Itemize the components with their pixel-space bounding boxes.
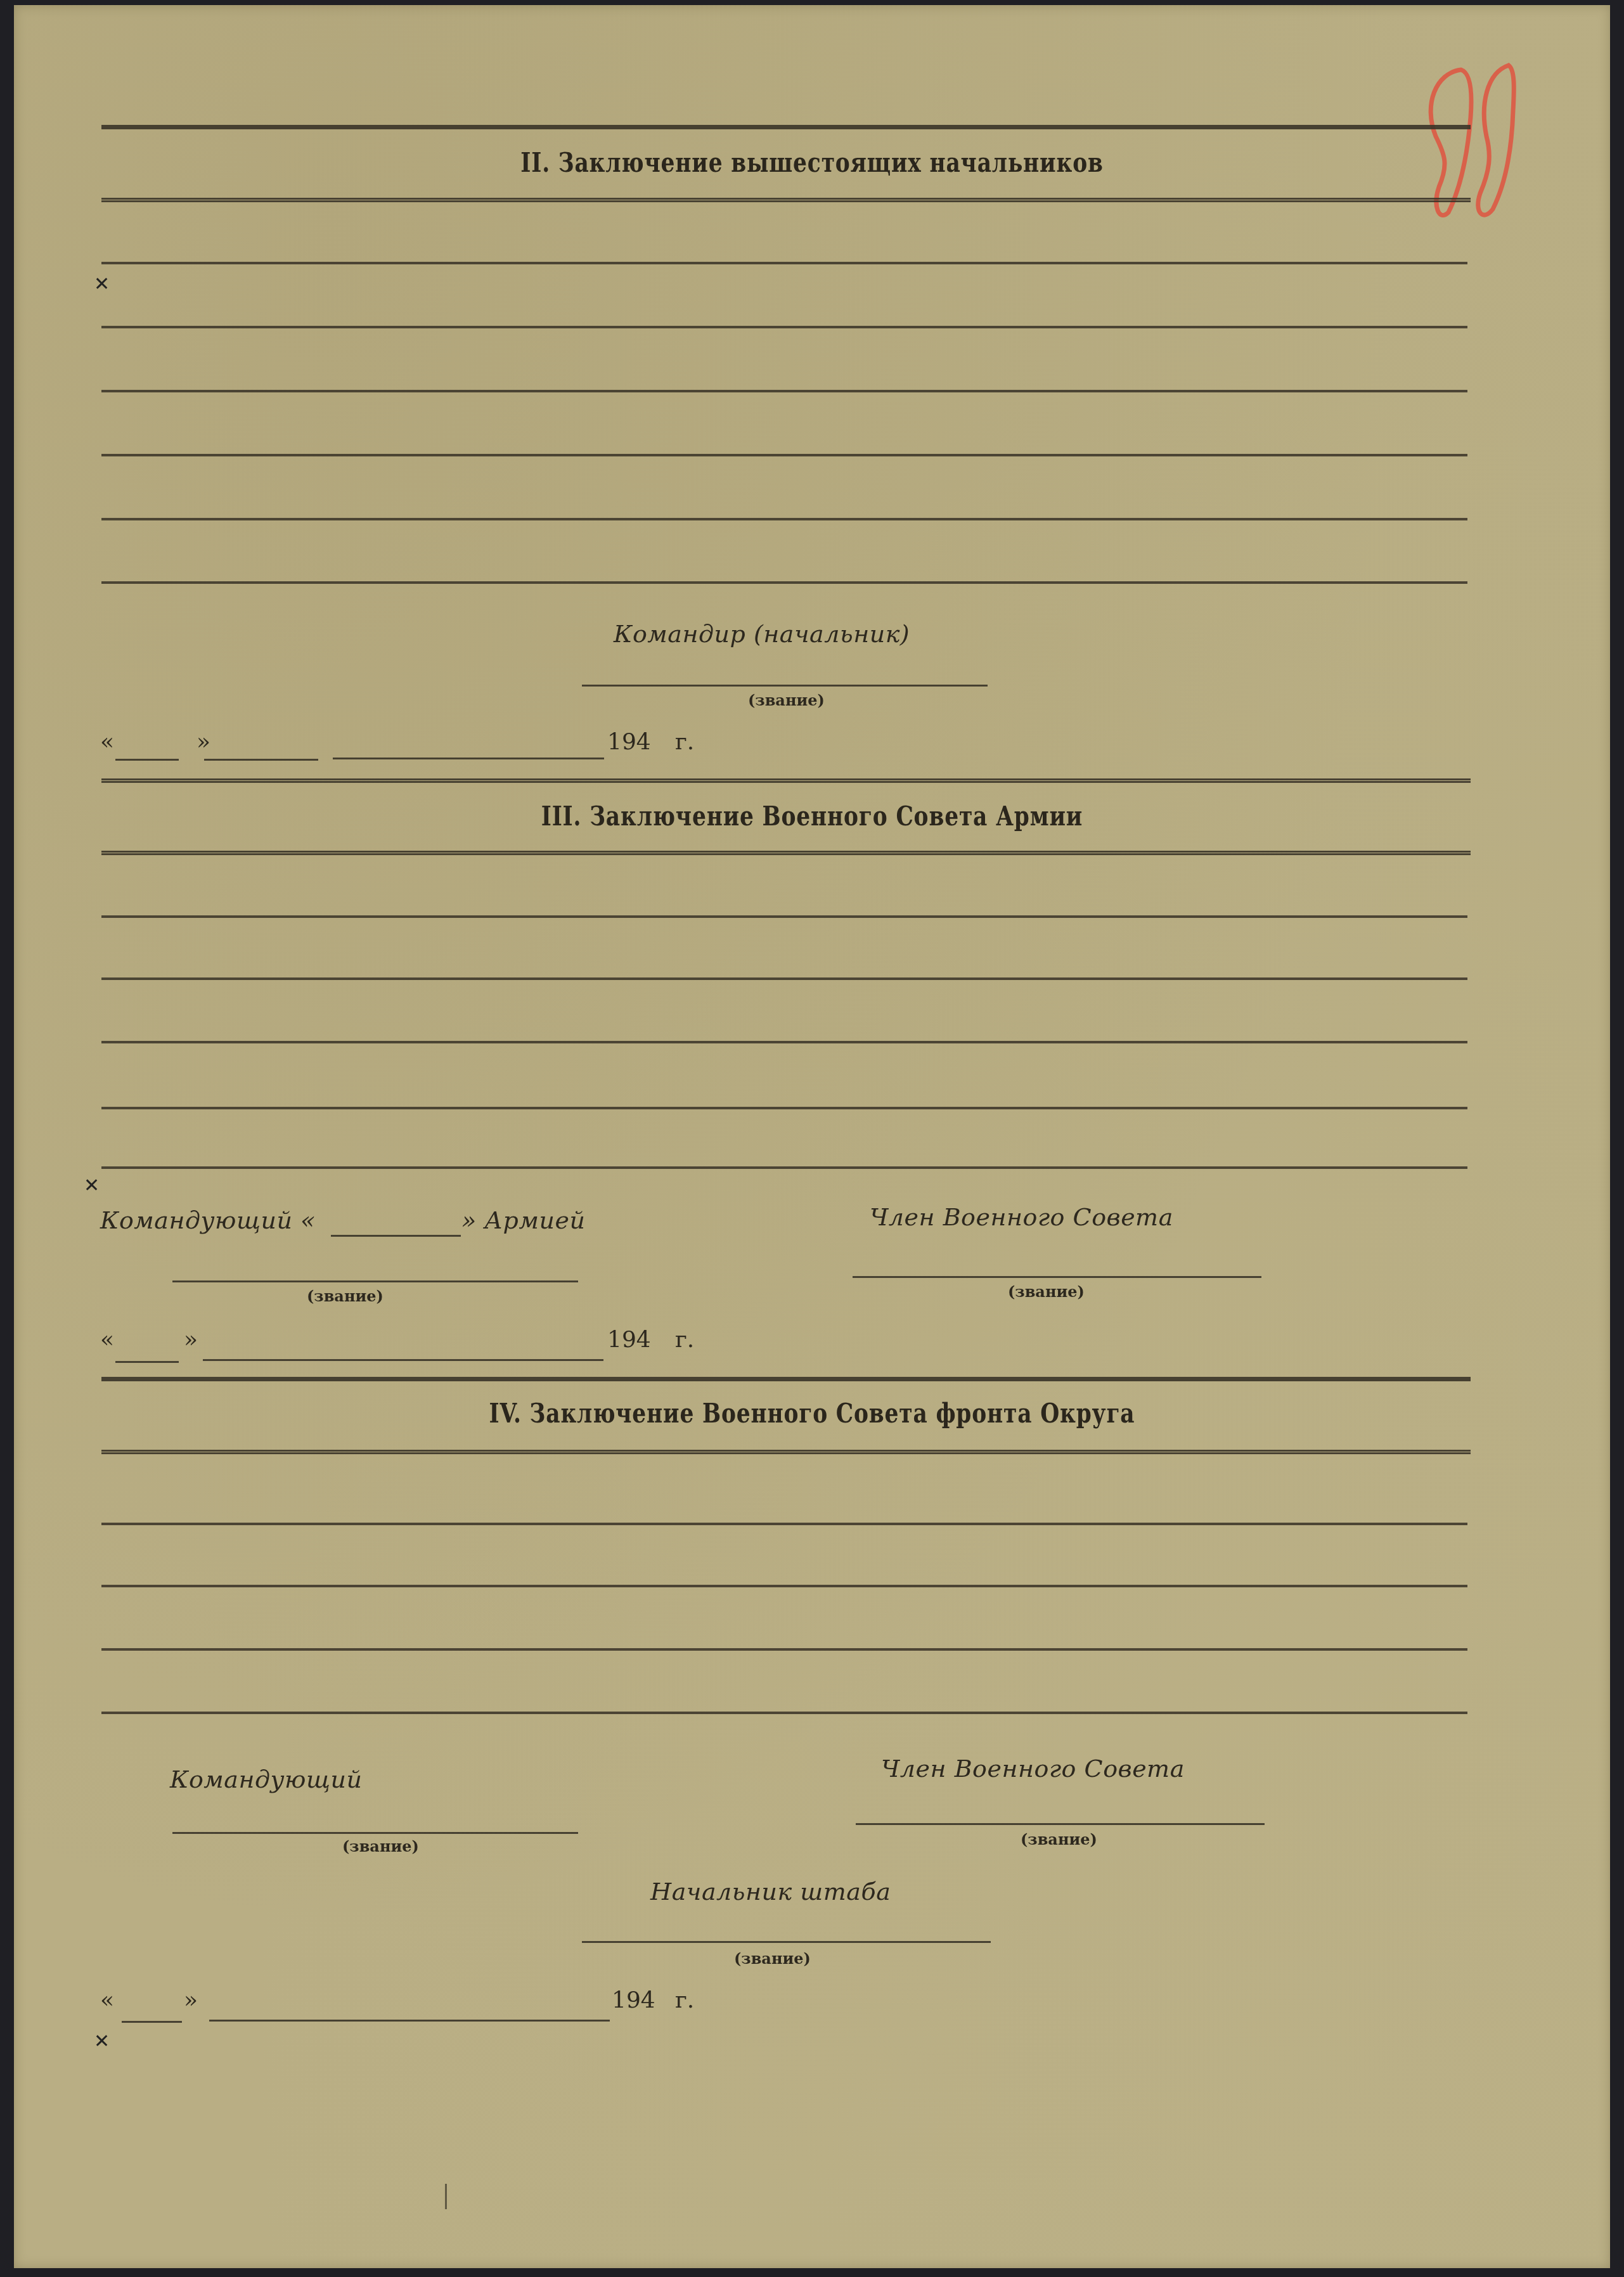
section4-text-line-4[interactable] xyxy=(101,1712,1467,1714)
section3-member-rank-line[interactable] xyxy=(853,1276,1261,1278)
section2-title: II. Заключение вышестоящих начальников xyxy=(146,147,1478,178)
section4-rank-caption-right: (звание) xyxy=(1021,1830,1097,1848)
binding-hole-icon: ✕ xyxy=(84,1178,100,1194)
section4-rank-caption-center: (звание) xyxy=(734,1949,811,1968)
section2-date-year: 194 xyxy=(607,729,651,755)
section3-date-open-quote: « xyxy=(100,1327,114,1353)
section4-date-year: 194 xyxy=(612,1987,655,2013)
section2-date-day-field[interactable] xyxy=(115,759,179,761)
section2-date-open-quote: « xyxy=(100,729,114,755)
binding-hole-icon: ✕ xyxy=(94,276,110,293)
section4-bottom-rule xyxy=(101,1450,1471,1454)
section4-text-line-1[interactable] xyxy=(101,1523,1467,1525)
section2-signer-label: Командир (начальник) xyxy=(614,620,910,648)
section2-text-line-6[interactable] xyxy=(101,581,1467,584)
section4-top-rule xyxy=(101,1377,1471,1381)
section4-commander-label: Командующий xyxy=(170,1765,363,1793)
section4-chief-rank-line[interactable] xyxy=(582,1941,991,1943)
section4-date-close-quote: » xyxy=(184,1987,198,2013)
section3-text-line-5[interactable] xyxy=(101,1166,1467,1169)
section4-member-label: Член Военного Совета xyxy=(881,1755,1185,1783)
section3-date-month-field[interactable] xyxy=(203,1359,603,1361)
section3-army-number-field[interactable] xyxy=(331,1235,461,1237)
section3-member-label: Член Военного Совета xyxy=(870,1203,1173,1231)
section2-rank-caption: (звание) xyxy=(748,691,825,709)
section2-date-month-field-2[interactable] xyxy=(333,758,604,759)
section3-text-line-4[interactable] xyxy=(101,1107,1467,1109)
section3-text-line-1[interactable] xyxy=(101,915,1467,918)
section3-title: III. Заключение Военного Совета Армии xyxy=(146,801,1478,832)
section3-text-line-2[interactable] xyxy=(101,977,1467,980)
section4-commander-rank-line[interactable] xyxy=(172,1832,578,1834)
section4-date-year-unit: г. xyxy=(675,1987,694,2013)
section2-text-line-1[interactable] xyxy=(101,262,1467,264)
section3-date-close-quote: » xyxy=(184,1327,198,1353)
section4-date-day-field[interactable] xyxy=(122,2021,182,2023)
section3-commander-label-suffix: » Армией xyxy=(461,1206,585,1234)
section4-member-rank-line[interactable] xyxy=(856,1823,1265,1825)
form-page xyxy=(14,5,1610,2268)
section3-bottom-rule xyxy=(101,851,1471,855)
section3-rank-caption-right: (звание) xyxy=(1008,1282,1085,1301)
section4-text-line-3[interactable] xyxy=(101,1648,1467,1651)
section2-text-line-5[interactable] xyxy=(101,518,1467,520)
pencil-mark xyxy=(445,2184,447,2209)
section2-bottom-rule xyxy=(101,198,1471,202)
section3-top-rule xyxy=(101,778,1471,783)
section4-rank-caption-left: (звание) xyxy=(342,1837,419,1855)
section2-date-close-quote: » xyxy=(197,729,210,755)
section2-date-month-field[interactable] xyxy=(204,759,318,761)
section2-text-line-2[interactable] xyxy=(101,326,1467,328)
section4-text-line-2[interactable] xyxy=(101,1585,1467,1587)
binding-hole-icon: ✕ xyxy=(94,2034,110,2050)
section3-commander-label-prefix: Командующий « xyxy=(100,1206,316,1234)
section3-date-day-field[interactable] xyxy=(115,1361,179,1363)
section4-date-month-field[interactable] xyxy=(209,2020,610,2022)
section4-date-open-quote: « xyxy=(100,1987,114,2013)
section4-chief-of-staff-label: Начальник штаба xyxy=(650,1878,891,1906)
section2-text-line-4[interactable] xyxy=(101,454,1467,456)
section3-text-line-3[interactable] xyxy=(101,1041,1467,1043)
section2-rank-signature-line[interactable] xyxy=(582,685,988,687)
section3-rank-caption-left: (звание) xyxy=(307,1287,383,1305)
section2-top-rule xyxy=(101,125,1471,129)
section3-date-year-unit: г. xyxy=(675,1327,694,1353)
section2-text-line-3[interactable] xyxy=(101,390,1467,392)
section3-date-year: 194 xyxy=(607,1327,651,1353)
section4-title: IV. Заключение Военного Совета фронта Ок… xyxy=(146,1398,1478,1429)
section2-date-year-unit: г. xyxy=(675,729,694,755)
section3-commander-rank-line[interactable] xyxy=(172,1280,578,1282)
